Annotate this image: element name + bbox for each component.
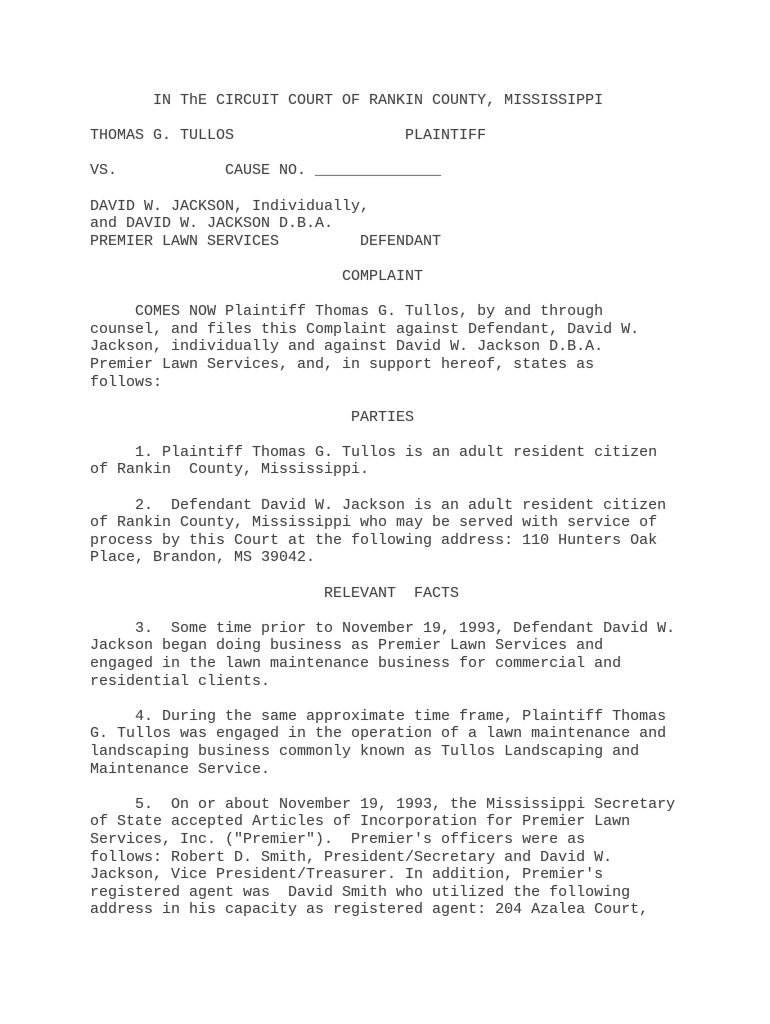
document-line: PREMIER LAWN SERVICES DEFENDANT (90, 233, 675, 251)
document-line: 4. During the same approximate time fram… (90, 708, 675, 726)
document-line: RELEVANT FACTS (90, 585, 675, 603)
document-line: THOMAS G. TULLOS PLAINTIFF (90, 127, 675, 145)
document-line: Premier Lawn Services, and, in support h… (90, 356, 675, 374)
document-line: counsel, and files this Complaint agains… (90, 321, 675, 339)
document-line: landscaping business commonly known as T… (90, 743, 675, 761)
document-line: 1. Plaintiff Thomas G. Tullos is an adul… (90, 444, 675, 462)
document-line: of Rankin County, Mississippi who may be… (90, 514, 675, 532)
document-line (90, 426, 675, 444)
document-line: Jackson, Vice President/Treasurer. In ad… (90, 866, 675, 884)
document-line: G. Tullos was engaged in the operation o… (90, 725, 675, 743)
document-body: IN ThE CIRCUIT COURT OF RANKIN COUNTY, M… (90, 92, 675, 919)
document-line (90, 145, 675, 163)
document-line: and DAVID W. JACKSON D.B.A. (90, 215, 675, 233)
document-line: COMPLAINT (90, 268, 675, 286)
document-line (90, 778, 675, 796)
document-line: process by this Court at the following a… (90, 532, 675, 550)
document-line: Jackson began doing business as Premier … (90, 637, 675, 655)
document-line: Services, Inc. ("Premier"). Premier's of… (90, 831, 675, 849)
document-page: IN ThE CIRCUIT COURT OF RANKIN COUNTY, M… (0, 0, 770, 1024)
document-line (90, 690, 675, 708)
document-line (90, 479, 675, 497)
document-line: Place, Brandon, MS 39042. (90, 549, 675, 567)
document-line: of State accepted Articles of Incorporat… (90, 813, 675, 831)
document-line: follows: (90, 374, 675, 392)
document-line: VS. CAUSE NO. ______________ (90, 162, 675, 180)
document-line: engaged in the lawn maintenance business… (90, 655, 675, 673)
document-line: PARTIES (90, 409, 675, 427)
document-line: residential clients. (90, 673, 675, 691)
document-line (90, 567, 675, 585)
document-line (90, 110, 675, 128)
document-line: 5. On or about November 19, 1993, the Mi… (90, 796, 675, 814)
document-line (90, 391, 675, 409)
document-line: IN ThE CIRCUIT COURT OF RANKIN COUNTY, M… (90, 92, 675, 110)
document-line: registered agent was David Smith who uti… (90, 884, 675, 902)
document-line (90, 180, 675, 198)
document-line: address in his capacity as registered ag… (90, 901, 675, 919)
document-line: COMES NOW Plaintiff Thomas G. Tullos, by… (90, 303, 675, 321)
document-line: 2. Defendant David W. Jackson is an adul… (90, 497, 675, 515)
document-line: follows: Robert D. Smith, President/Secr… (90, 849, 675, 867)
document-line: 3. Some time prior to November 19, 1993,… (90, 620, 675, 638)
document-line: DAVID W. JACKSON, Individually, (90, 198, 675, 216)
document-line (90, 286, 675, 304)
document-line: Jackson, individually and against David … (90, 338, 675, 356)
document-line: Maintenance Service. (90, 761, 675, 779)
document-line: of Rankin County, Mississippi. (90, 461, 675, 479)
document-line (90, 602, 675, 620)
document-line (90, 250, 675, 268)
